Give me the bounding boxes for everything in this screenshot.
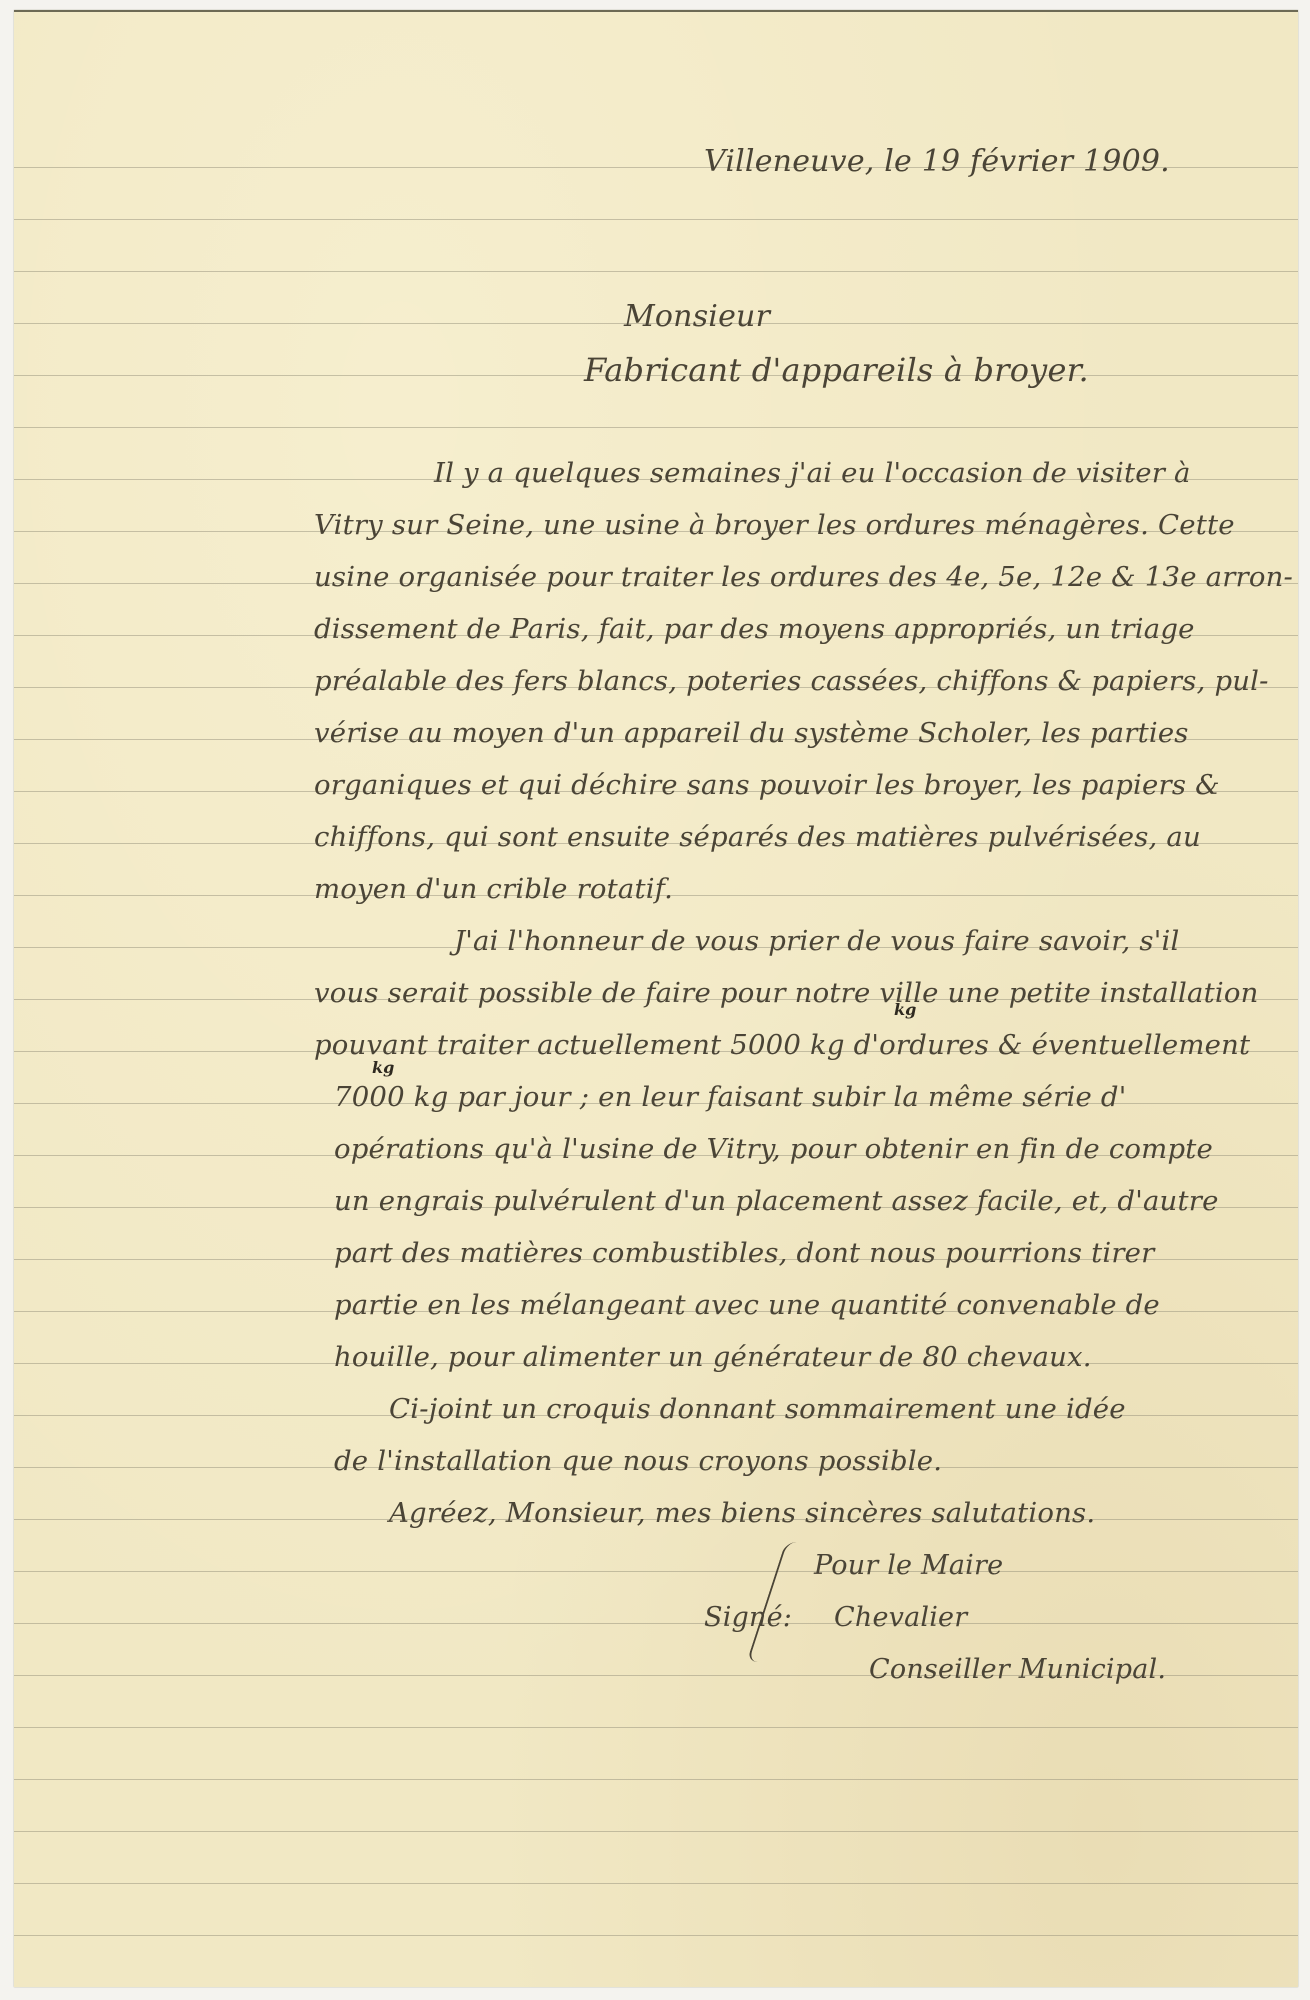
body-line: un engrais pulvérulent d'un placement as… (334, 1188, 1219, 1216)
body-line: organiques et qui déchire sans pouvoir l… (314, 772, 1220, 800)
signature-signed-label: Signé: (704, 1604, 792, 1631)
body-line: Agréez, Monsieur, mes biens sincères sal… (389, 1500, 1095, 1528)
body-line: Vitry sur Seine, une usine à broyer les … (314, 512, 1235, 540)
ruled-line (14, 427, 1298, 428)
ruled-line (14, 1571, 1298, 1572)
letter-paper: Villeneuve, le 19 février 1909. Monsieur… (14, 10, 1298, 1987)
body-line: J'ai l'honneur de vous prier de vous fai… (454, 928, 1180, 956)
body-line: Il y a quelques semaines j'ai eu l'occas… (434, 460, 1191, 488)
body-line: part des matières combustibles, dont nou… (334, 1240, 1155, 1268)
recipient-title: Fabricant d'appareils à broyer. (584, 354, 1089, 386)
body-line: dissement de Paris, fait, par des moyens… (314, 616, 1195, 644)
body-line: pouvant traiter actuellement 5000 kg d'o… (314, 1032, 1250, 1060)
body-line: vous serait possible de faire pour notre… (314, 980, 1259, 1008)
body-line: vérise au moyen d'un appareil du système… (314, 720, 1189, 748)
ruled-line (14, 271, 1298, 272)
ruled-line (14, 219, 1298, 220)
ruled-line (14, 1883, 1298, 1884)
body-line: moyen d'un crible rotatif. (314, 876, 673, 904)
body-line: usine organisée pour traiter les ordures… (314, 564, 1293, 592)
ruled-line (14, 1623, 1298, 1624)
body-line: préalable des fers blancs, poteries cass… (314, 668, 1269, 696)
correction-insert: kg (372, 1058, 394, 1077)
body-line: partie en les mélangeant avec une quanti… (334, 1292, 1160, 1320)
body-line: opérations qu'à l'usine de Vitry, pour o… (334, 1136, 1213, 1164)
signature-pour-le-maire: Pour le Maire (814, 1552, 1003, 1579)
body-line: 7000 kg par jour ; en leur faisant subir… (334, 1084, 1126, 1112)
body-line: chiffons, qui sont ensuite séparés des m… (314, 824, 1201, 852)
body-line: houille, pour alimenter un générateur de… (334, 1344, 1092, 1372)
place-date: Villeneuve, le 19 février 1909. (704, 147, 1170, 177)
correction-insert: kg (894, 1000, 916, 1019)
ruled-line (14, 1727, 1298, 1728)
ruled-line (14, 1779, 1298, 1780)
signature-role: Conseiller Municipal. (869, 1656, 1166, 1683)
recipient-salutation: Monsieur (624, 302, 770, 332)
ruled-line (14, 1831, 1298, 1832)
ruled-line (14, 1935, 1298, 1936)
body-line: Ci-joint un croquis donnant sommairement… (389, 1396, 1126, 1424)
body-line: de l'installation que nous croyons possi… (334, 1448, 942, 1476)
signature-name: Chevalier (834, 1604, 967, 1631)
